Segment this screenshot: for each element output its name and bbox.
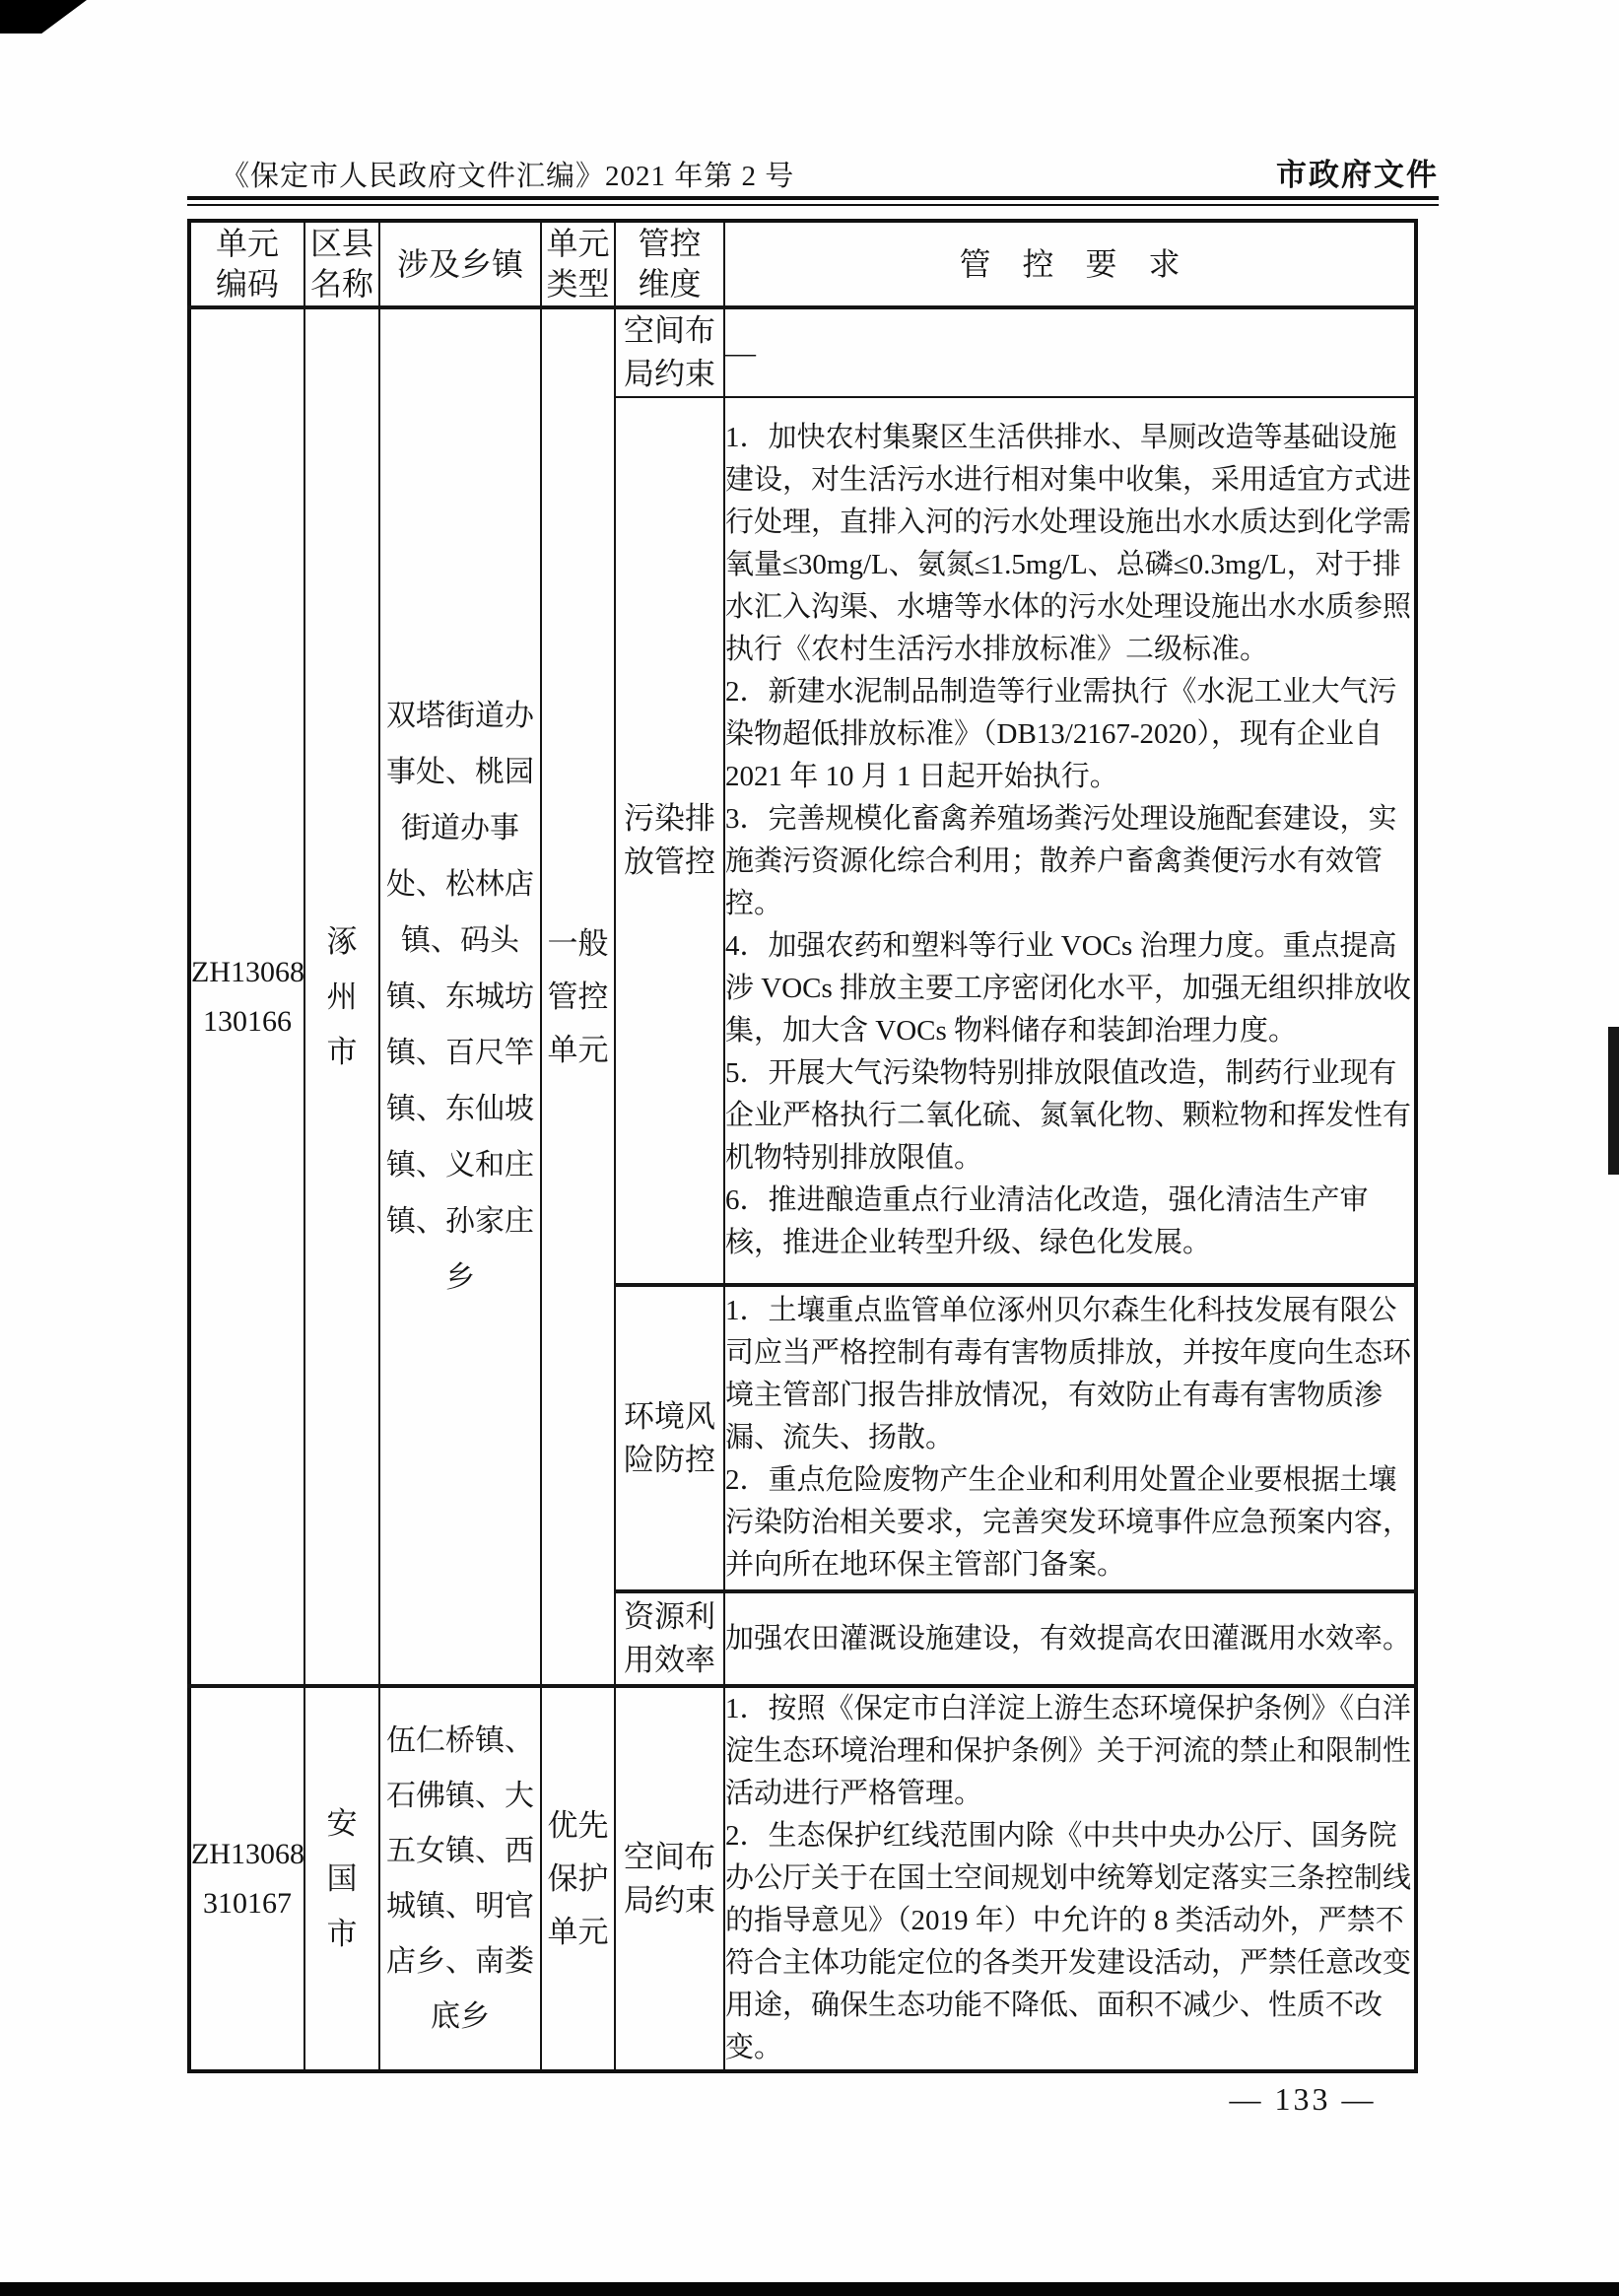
towns-cell-zhuozhou: 双塔街道办事处、桃园街道办事处、松林店镇、码头镇、东城坊镇、百尺竿镇、东仙坡镇、…: [379, 307, 541, 1686]
county-cell-zhuozhou: 涿州市: [304, 307, 379, 1686]
requirement-spatial-layout-dash: —: [724, 307, 1416, 397]
header-double-rule: [187, 196, 1439, 206]
county-cell-anguo: 安国市: [304, 1686, 379, 2071]
column-header-control-requirements: 管 控 要 求: [724, 221, 1416, 307]
dimension-label-resource-efficiency: 资源利用效率: [615, 1591, 724, 1686]
page-number: — 133 —: [1224, 2081, 1382, 2118]
requirement-environmental-risk: 1．土壤重点监管单位涿州贝尔森生化科技发展有限公司应当严格控制有毒有害物质排放，…: [724, 1285, 1416, 1591]
dimension-label-spatial-layout: 空间布局约束: [615, 307, 724, 397]
dimension-label-environmental-risk: 环境风险防控: [615, 1285, 724, 1591]
towns-cell-anguo: 伍仁桥镇、石佛镇、大五女镇、西城镇、明官店乡、南娄底乡: [379, 1686, 541, 2071]
requirement-resource-efficiency: 加强农田灌溉设施建设，有效提高农田灌溉用水效率。: [724, 1591, 1416, 1686]
scan-artifact-top-left: [0, 0, 87, 34]
requirement-spatial-layout-anguo: 1．按照《保定市白洋淀上游生态环境保护条例》《白洋淀生态环境治理和保护条例》关于…: [724, 1686, 1416, 2071]
county-name-anguo: 安国市: [325, 1796, 359, 1962]
unit-code-cell-anguo: ZH13068 310167: [189, 1686, 304, 2071]
scanned-document-page: 《保定市人民政府文件汇编》2021 年第 2 号 市政府文件 单元 编码 区县 …: [0, 0, 1619, 2296]
requirement-pollution-discharge: 1．加快农村集聚区生活供排水、旱厕改造等基础设施建设，对生活污水进行相对集中收集…: [724, 397, 1416, 1285]
column-header-county-name: 区县 名称: [304, 221, 379, 307]
column-header-unit-code: 单元 编码: [189, 221, 304, 307]
column-header-towns: 涉及乡镇: [379, 221, 541, 307]
scan-artifact-right-edge: [1608, 1027, 1619, 1175]
table-header-row: 单元 编码 区县 名称 涉及乡镇 单元 类型 管控 维度 管 控 要 求: [189, 221, 1416, 307]
table-row-spatial-constraint-anguo: ZH13068 310167 安国市 伍仁桥镇、石佛镇、大五女镇、西城镇、明官店…: [189, 1686, 1416, 2071]
unit-type-cell-zhuozhou: 一般管控单元: [541, 307, 615, 1686]
document-category-label: 市政府文件: [1276, 150, 1439, 194]
dimension-label-pollution-discharge: 污染排放管控: [615, 397, 724, 1285]
table-row-spatial-constraint-zhuozhou: ZH13068 130166 涿州市 双塔街道办事处、桃园街道办事处、松林店镇、…: [189, 307, 1416, 397]
unit-type-cell-anguo: 优先保护单元: [541, 1686, 615, 2071]
scan-artifact-bottom-edge: [0, 2282, 1619, 2296]
page-header: 《保定市人民政府文件汇编》2021 年第 2 号 市政府文件: [221, 150, 1439, 194]
publication-title: 《保定市人民政府文件汇编》2021 年第 2 号: [221, 154, 794, 194]
column-header-unit-type: 单元 类型: [541, 221, 615, 307]
unit-code-cell-zhuozhou: ZH13068 130166: [189, 307, 304, 1686]
county-name-zhuozhou: 涿州市: [325, 914, 359, 1080]
control-requirements-table: 单元 编码 区县 名称 涉及乡镇 单元 类型 管控 维度 管 控 要 求 ZH1…: [187, 219, 1418, 2073]
dimension-label-spatial-layout-anguo: 空间布局约束: [615, 1686, 724, 2071]
column-header-control-dimension: 管控 维度: [615, 221, 724, 307]
